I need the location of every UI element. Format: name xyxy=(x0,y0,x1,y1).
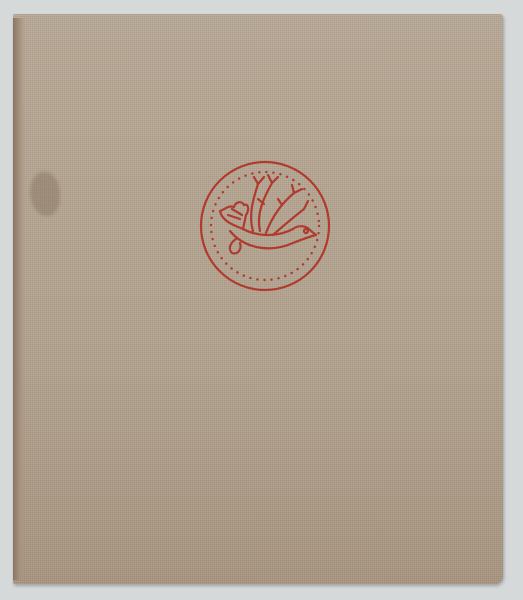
cover-stain xyxy=(30,172,60,216)
dove-icon xyxy=(198,159,332,293)
book-cover xyxy=(13,14,503,584)
worn-spine-edge xyxy=(13,18,25,580)
